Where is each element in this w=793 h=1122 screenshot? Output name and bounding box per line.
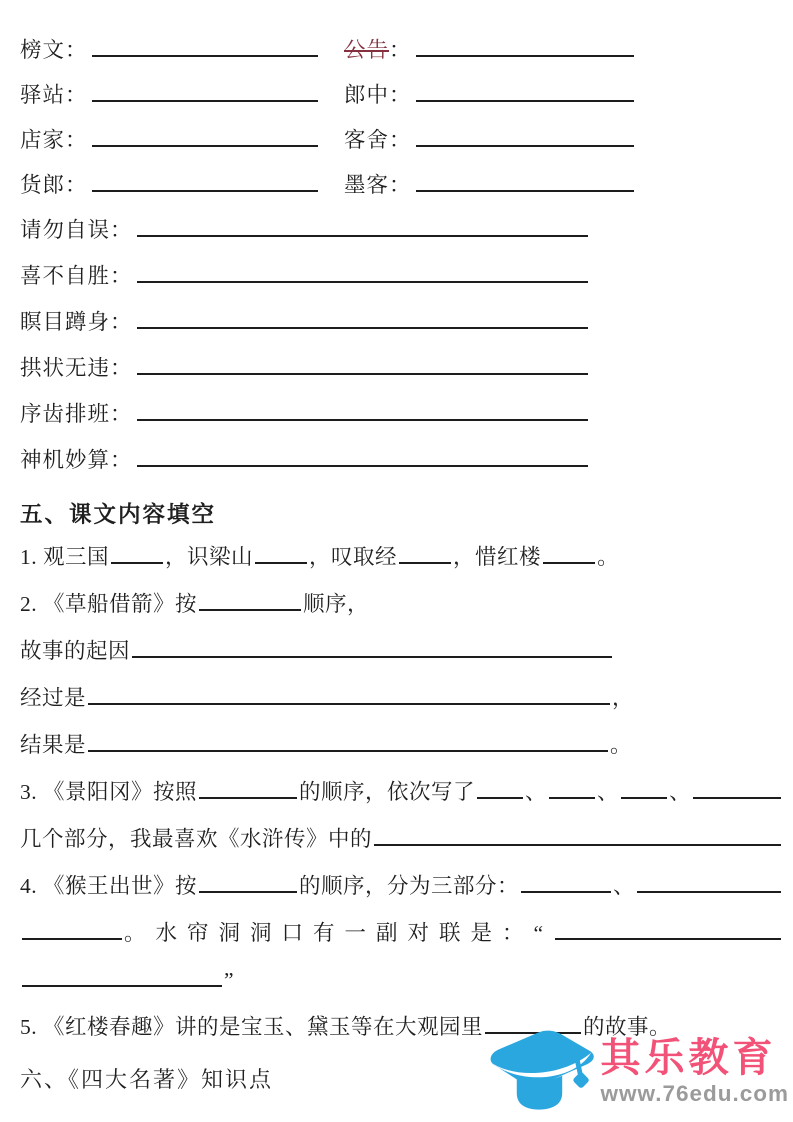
answer-blank: [637, 891, 781, 893]
idiom-row: 请勿自误：: [20, 212, 588, 258]
graduation-cap-icon: [481, 1025, 597, 1118]
idiom-term: 瞑目蹲身: [20, 304, 110, 340]
answer-blank: [199, 609, 301, 611]
term-colon: ：: [110, 258, 132, 294]
brand-logo: 其乐教育 www.76edu.com: [481, 1025, 789, 1118]
vocab-cell: 客舍：: [344, 122, 634, 158]
answer-blank: [199, 891, 297, 893]
term-colon: ：: [110, 396, 132, 432]
vocab-term: 驿站: [20, 77, 65, 113]
term-colon: ：: [65, 77, 87, 113]
answer-blank: [621, 797, 667, 799]
answer-blank: [693, 797, 781, 799]
answer-blank: [92, 145, 318, 147]
vocab-term: 公告: [344, 32, 389, 68]
answer-blank: [477, 797, 523, 799]
vocab-term: 货郎: [20, 167, 65, 203]
answer-blank: [374, 844, 781, 846]
question-line: 故事的起因: [20, 632, 783, 679]
idiom-row: 瞑目蹲身：: [20, 304, 588, 350]
answer-blank: [416, 145, 634, 147]
answer-blank: [521, 891, 611, 893]
answer-blank: [137, 373, 588, 375]
question-text: 的顺序，分为三部分：: [299, 867, 519, 905]
answer-blank: [137, 465, 588, 467]
idiom-term: 神机妙算: [20, 442, 110, 478]
idiom-term: 请勿自误: [20, 212, 110, 248]
answer-blank: [199, 797, 297, 799]
question-text: 几个部分，我最喜欢《水浒传》中的: [20, 820, 372, 858]
question-text: ，识梁山: [165, 538, 253, 576]
answer-blank: [92, 100, 318, 102]
vocab-cell: 墨客：: [344, 167, 634, 203]
question-text: 故事的起因: [20, 632, 130, 670]
vocab-term: 郎中: [344, 77, 389, 113]
section-five-heading: 五、课文内容填空: [20, 488, 783, 538]
term-colon: ：: [110, 212, 132, 248]
answer-blank: [132, 656, 612, 658]
brand-website: www.76edu.com: [601, 1081, 789, 1107]
question-line: 经过是，: [20, 679, 783, 726]
question-text: 3. 《景阳冈》按照: [20, 773, 197, 811]
question-line: 3. 《景阳冈》按照的顺序，依次写了、、、: [20, 773, 783, 820]
question-text: 、: [597, 773, 619, 811]
question-text: ”: [224, 961, 234, 999]
answer-blank: [555, 938, 781, 940]
term-colon: ：: [389, 167, 411, 203]
vocab-cell: 郎中：: [344, 77, 634, 113]
question-line: 2. 《草船借箭》按顺序，: [20, 585, 783, 632]
vocab-cell: 驿站：: [20, 77, 318, 113]
question-text: 顺序，: [303, 585, 369, 623]
term-colon: ：: [110, 442, 132, 478]
question-text: 。: [610, 726, 632, 764]
vocab-term: 店家: [20, 122, 65, 158]
vocab-term: 客舍: [344, 122, 389, 158]
term-colon: ：: [65, 122, 87, 158]
question-line: 几个部分，我最喜欢《水浒传》中的: [20, 820, 783, 867]
question-text: 4. 《猴王出世》按: [20, 867, 197, 905]
answer-blank: [92, 190, 318, 192]
brand-name: 其乐教育: [601, 1037, 777, 1079]
answer-blank: [549, 797, 595, 799]
term-colon: ：: [389, 122, 411, 158]
question-line: ”: [20, 961, 783, 1008]
idiom-row: 序齿排班：: [20, 396, 588, 442]
answer-blank: [88, 703, 610, 705]
term-colon: ：: [110, 350, 132, 386]
answer-blank: [137, 327, 588, 329]
idioms-section: 请勿自误：喜不自胜：瞑目蹲身：拱状无违：序齿排班：神机妙算：: [20, 212, 783, 488]
vocab-pairs-section: 榜文：公告：驿站：郎中：店家：客舍：货郎：墨客：: [20, 32, 783, 212]
question-text: 1. 观三国: [20, 538, 109, 576]
answer-blank: [137, 235, 588, 237]
answer-blank: [111, 562, 163, 564]
vocab-cell: 店家：: [20, 122, 318, 158]
question-text: 2. 《草船借箭》按: [20, 585, 197, 623]
answer-blank: [22, 938, 122, 940]
question-text: 结果是: [20, 726, 86, 764]
question-text: 。: [597, 538, 619, 576]
question-text: 5. 《红楼春趣》讲的是宝玉、黛玉等在大观园里: [20, 1008, 483, 1046]
question-text: ，叹取经: [309, 538, 397, 576]
answer-blank: [543, 562, 595, 564]
idiom-term: 序齿排班: [20, 396, 110, 432]
answer-blank: [416, 100, 634, 102]
brand-text-block: 其乐教育 www.76edu.com: [601, 1037, 789, 1107]
vocab-pair-row: 店家：客舍：: [20, 122, 634, 167]
term-colon: ：: [110, 304, 132, 340]
vocab-pair-row: 榜文：公告：: [20, 32, 634, 77]
question-line: 1. 观三国，识梁山，叹取经，惜红楼。: [20, 538, 783, 585]
term-colon: ：: [389, 77, 411, 113]
vocab-term: 榜文: [20, 32, 65, 68]
idiom-row: 神机妙算：: [20, 442, 588, 488]
idiom-row: 拱状无违：: [20, 350, 588, 396]
vocab-cell: 货郎：: [20, 167, 318, 203]
idiom-row: 喜不自胜：: [20, 258, 588, 304]
question-text: 、: [613, 867, 635, 905]
question-text: 。水帘洞洞口有一副对联是：“: [124, 914, 553, 952]
vocab-cell: 榜文：: [20, 32, 318, 68]
vocab-term: 墨客: [344, 167, 389, 203]
term-colon: ：: [65, 32, 87, 68]
question-line: 。水帘洞洞口有一副对联是：“: [20, 914, 783, 961]
answer-blank: [88, 750, 608, 752]
answer-blank: [255, 562, 307, 564]
answer-blank: [22, 985, 222, 987]
question-text: ，: [612, 679, 634, 717]
question-line: 4. 《猴王出世》按的顺序，分为三部分：、: [20, 867, 783, 914]
question-text: 、: [525, 773, 547, 811]
question-text: ，惜红楼: [453, 538, 541, 576]
answer-blank: [92, 55, 318, 57]
vocab-pair-row: 驿站：郎中：: [20, 77, 634, 122]
idiom-term: 喜不自胜: [20, 258, 110, 294]
answer-blank: [399, 562, 451, 564]
answer-blank: [137, 281, 588, 283]
answer-blank: [416, 190, 634, 192]
section-five-questions: 1. 观三国，识梁山，叹取经，惜红楼。2. 《草船借箭》按顺序，故事的起因经过是…: [20, 538, 783, 1055]
question-text: 的顺序，依次写了: [299, 773, 475, 811]
question-line: 结果是。: [20, 726, 783, 773]
answer-blank: [137, 419, 588, 421]
answer-blank: [416, 55, 634, 57]
term-colon: ：: [65, 167, 87, 203]
question-text: 、: [669, 773, 691, 811]
vocab-pair-row: 货郎：墨客：: [20, 167, 634, 212]
term-colon: ：: [389, 32, 411, 68]
worksheet-page: 榜文：公告：驿站：郎中：店家：客舍：货郎：墨客： 请勿自误：喜不自胜：瞑目蹲身：…: [0, 0, 793, 1122]
question-text: 经过是: [20, 679, 86, 717]
idiom-term: 拱状无违: [20, 350, 110, 386]
vocab-cell: 公告：: [344, 32, 634, 68]
